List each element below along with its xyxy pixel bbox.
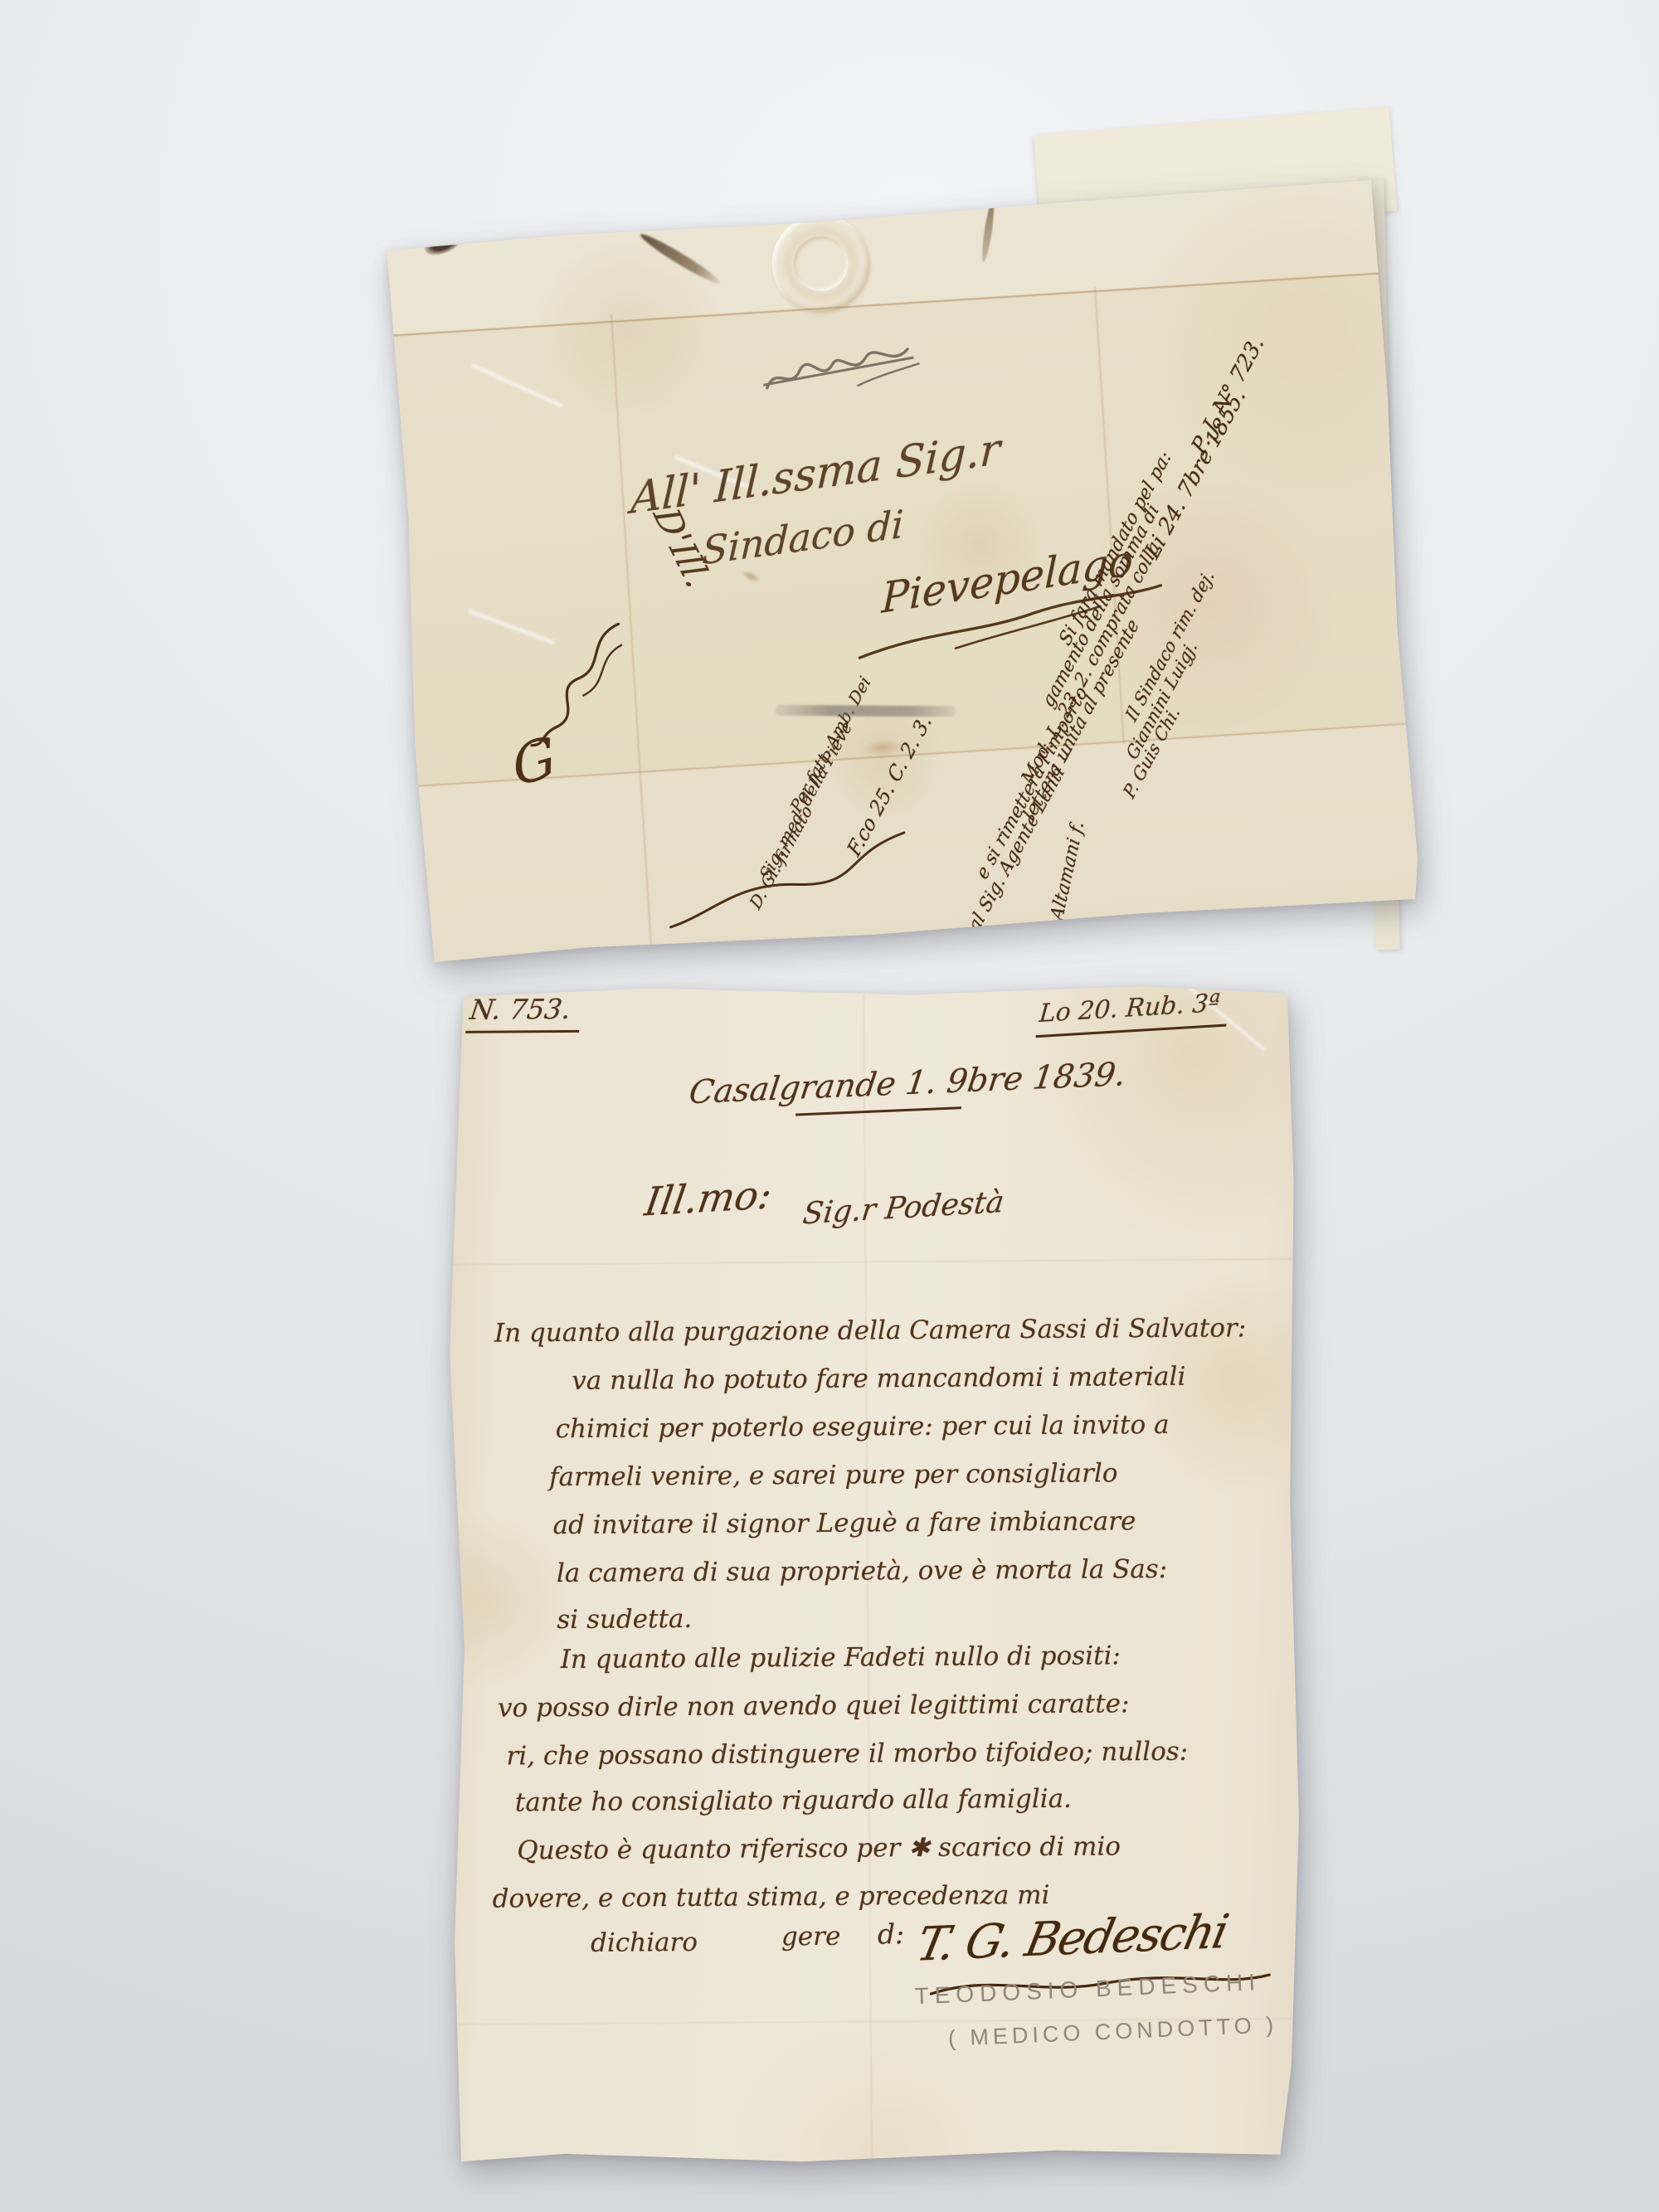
body-line: dovere, e con tutta stima, e precedenza … (493, 1880, 1050, 1914)
letter-paper: N. 753. Lo 20. Rub. 3ª Casalgrande 1. 9b… (446, 983, 1302, 2166)
closing-word: dichiaro (591, 1928, 698, 1958)
salutation-name: Sig.r Podestà (801, 1185, 1006, 1232)
closing-initial: d: (878, 1918, 905, 1950)
body-line: si sudetta. (557, 1604, 692, 1635)
body-line: tante ho consigliato riguardo alla famig… (515, 1784, 1072, 1818)
closing-after: gere (781, 1922, 841, 1952)
body-line: In quanto alla purgazione della Camera S… (494, 1313, 1247, 1348)
envelope-paper: All' Ill.ssma Sig.r Sindaco di Pievepela… (383, 180, 1420, 965)
body-line: vo posso dirle non avendo quei legittimi… (498, 1689, 1130, 1723)
letter-crease-horizontal (448, 1258, 1296, 1266)
body-line: Questo è quanto riferisco per ✱ scarico … (517, 1831, 1121, 1865)
body-line: ad invitare il signor Leguè a fare imbia… (552, 1506, 1136, 1540)
body-line: ri, che possano distinguere il morbo tif… (506, 1737, 1188, 1772)
pencil-strike (776, 705, 956, 717)
body-line: In quanto alle pulizie Fadeti nullo di p… (561, 1641, 1121, 1675)
signature: T. G. Bedeschi (912, 1905, 1232, 1972)
body-line: va nulla ho potuto fare mancandomi i mat… (572, 1362, 1185, 1396)
body-line: farmeli venire, e sarei pure per consigl… (549, 1458, 1118, 1492)
ink-blot-corner (421, 226, 465, 260)
body-line: la camera di sua proprietà, ove è morta … (557, 1554, 1168, 1588)
letter-document: N. 753. Lo 20. Rub. 3ª Casalgrande 1. 9b… (446, 989, 1294, 2166)
clerk-signature: Altamani f. (1047, 818, 1088, 923)
pencil-note-role: ( MEDICO CONDOTTO ) (947, 2012, 1277, 2052)
protocol-number: N. 753. (465, 993, 585, 1033)
ink-smear (638, 230, 722, 287)
ink-smear-small (980, 201, 996, 263)
flourish-swash (659, 826, 913, 936)
tax-note: Lo 20. Rub. 3ª (1036, 988, 1230, 1038)
photo-scene: All' Ill.ssma Sig.r Sindaco di Pievepela… (0, 0, 1659, 2212)
body-line: chimici per poterlo eseguire: per cui la… (556, 1410, 1170, 1444)
envelope-document: All' Ill.ssma Sig.r Sindaco di Pievepela… (383, 242, 1377, 965)
salutation-title: Ill.mo: (642, 1172, 775, 1226)
dateline: Casalgrande 1. 9bre 1839. (687, 1056, 1128, 1111)
dateline-underline (795, 1106, 961, 1116)
